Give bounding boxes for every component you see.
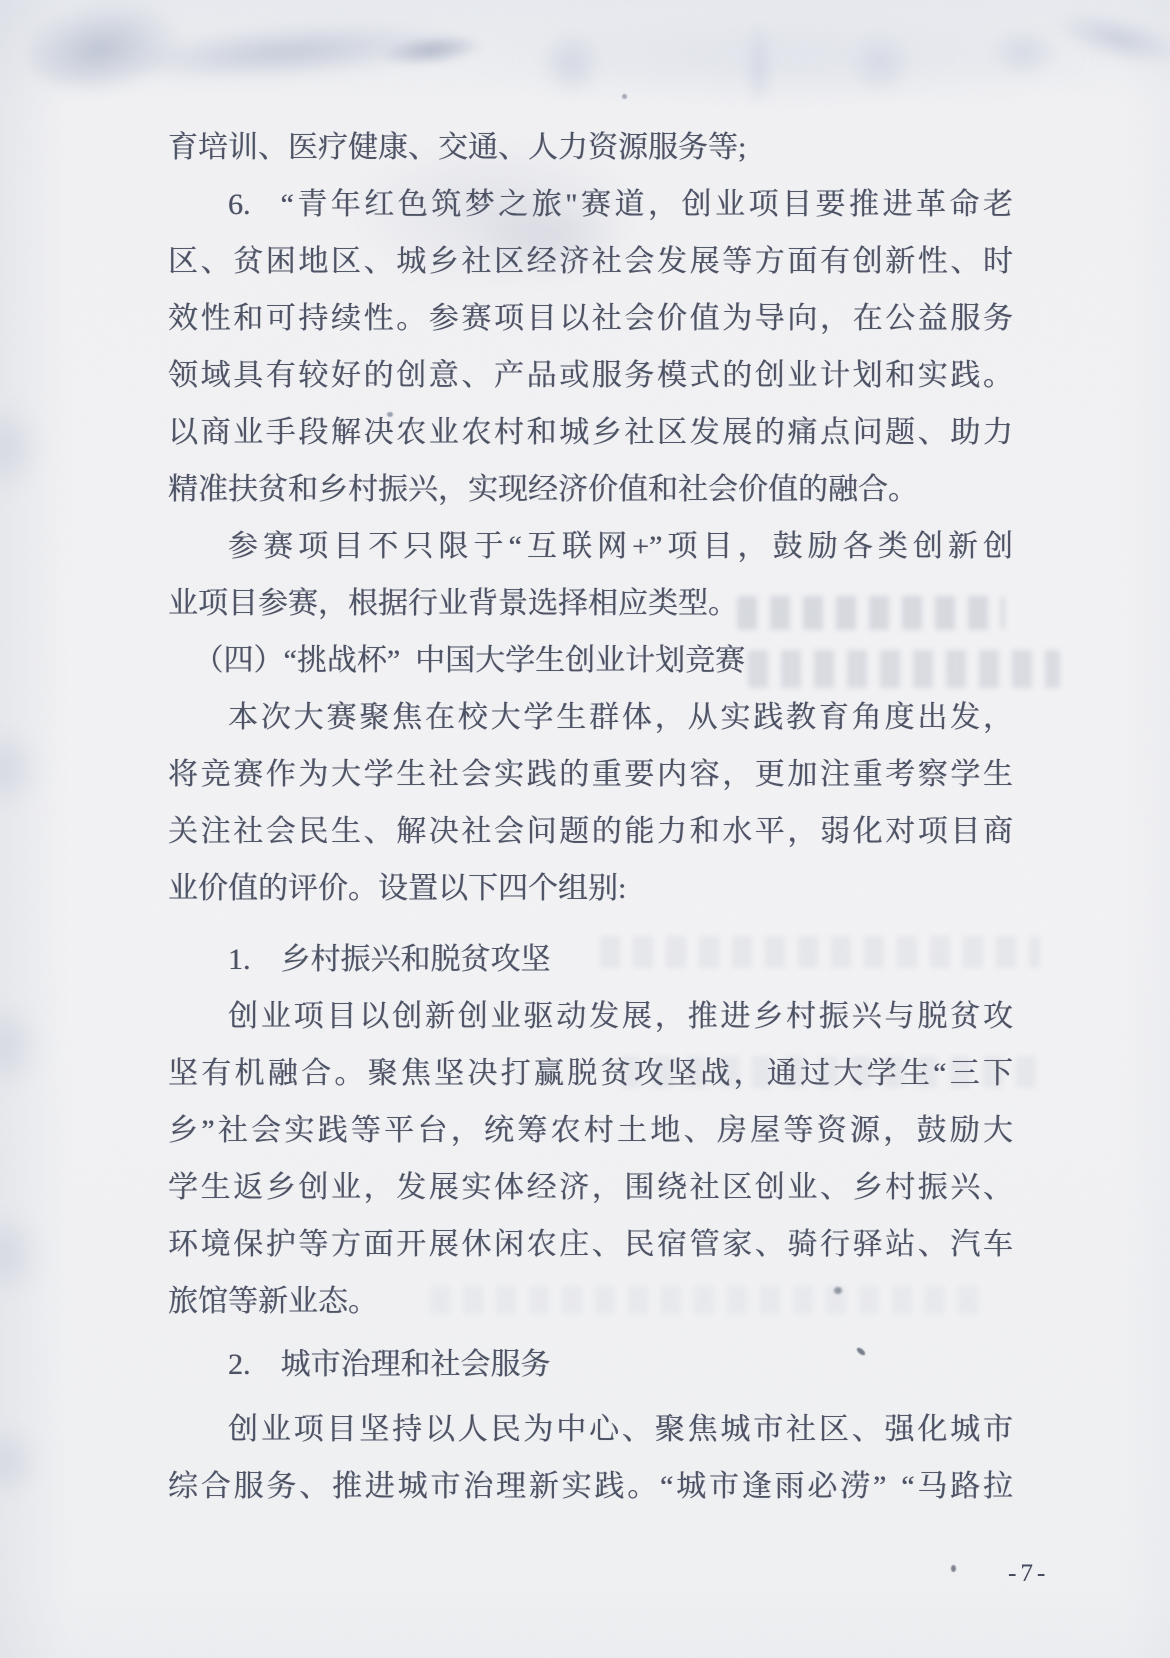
text-line: 领域具有较好的创意、产品或服务模式的创业计划和实践。: [168, 347, 1013, 404]
ink-speck: [622, 94, 627, 99]
scan-smudge: [0, 1000, 44, 1092]
ink-speck: [951, 1565, 956, 1572]
text-line: 效性和可持续性。参赛项目以社会价值为导向，在公益服务: [168, 290, 1013, 347]
scan-smudge: [20, 0, 193, 101]
scan-smudge: [117, 14, 460, 90]
scan-smudge: [0, 726, 44, 811]
text-line: 学生返乡创业，发展实体经济，围绕社区创业、乡村振兴、: [168, 1159, 1013, 1216]
scanned-document-page: 育培训、医疗健康、交通、人力资源服务等; 6. “青年红色筑梦之旅"赛道，创业项…: [0, 0, 1170, 1658]
text-line: 关注社会民生、解决社会问题的能力和水平，弱化对项目商: [168, 803, 1013, 860]
scan-smudge: [0, 1208, 44, 1300]
text-line: 精准扶贫和乡村振兴，实现经济价值和社会价值的融合。: [168, 461, 1013, 518]
text-line: 6. “青年红色筑梦之旅"赛道，创业项目要推进革命老: [168, 176, 1013, 233]
text-line: 创业项目以创新创业驱动发展，推进乡村振兴与脱贫攻: [168, 988, 1013, 1045]
text-line: 乡”社会实践等平台，统筹农村土地、房屋等资源，鼓励大: [168, 1102, 1013, 1159]
text-line: 以商业手段解决农业农村和城乡社区发展的痛点问题、助力: [168, 404, 1013, 461]
scan-smudge: [381, 31, 483, 69]
text-line: 旅馆等新业态。: [168, 1273, 1013, 1330]
text-line: 综合服务、推进城市治理新实践。“城市逢雨必涝” “马路拉: [168, 1458, 1013, 1515]
text-line: 环境保护等方面开展休闲农庄、民宿管家、骑行驿站、汽车: [168, 1216, 1013, 1273]
text-line: 区、贫困地区、城乡社区经济社会发展等方面有创新性、时: [168, 233, 1013, 290]
scan-smudge: [0, 1424, 44, 1499]
scan-smudge: [0, 400, 44, 495]
scan-smudge: [1049, 2, 1170, 76]
list-item-heading: 2. 城市治理和社会服务: [168, 1336, 1013, 1393]
scan-smudge: [540, 30, 604, 96]
text-line: 业价值的评价。设置以下四个组别:: [168, 860, 1013, 917]
list-item-heading: 1. 乡村振兴和脱贫攻坚: [168, 931, 1013, 988]
page-number: -7-: [1008, 1560, 1049, 1588]
scan-smudge: [848, 32, 912, 94]
text-line: 创业项目坚持以人民为中心、聚焦城市社区、强化城市: [168, 1401, 1013, 1458]
text-line: 坚有机融合。聚焦坚决打赢脱贫攻坚战，通过大学生“三下: [168, 1045, 1013, 1102]
document-body: 育培训、医疗健康、交通、人力资源服务等; 6. “青年红色筑梦之旅"赛道，创业项…: [168, 119, 1013, 1515]
text-line: 育培训、医疗健康、交通、人力资源服务等;: [168, 119, 1013, 176]
text-line: 业项目参赛，根据行业背景选择相应类型。: [168, 575, 1013, 632]
text-line: 将竞赛作为大学生社会实践的重要内容，更加注重考察学生: [168, 746, 1013, 803]
scan-smudge: [986, 28, 1060, 78]
text-line: 本次大赛聚焦在校大学生群体，从实践教育角度出发，: [168, 689, 1013, 746]
scan-smudge: [470, 16, 1090, 100]
text-line: 参赛项目不只限于“互联网+”项目，鼓励各类创新创: [168, 518, 1013, 575]
scan-smudge: [744, 24, 774, 104]
section-heading: （四）“挑战杯” 中国大学生创业计划竞赛: [168, 632, 1013, 689]
